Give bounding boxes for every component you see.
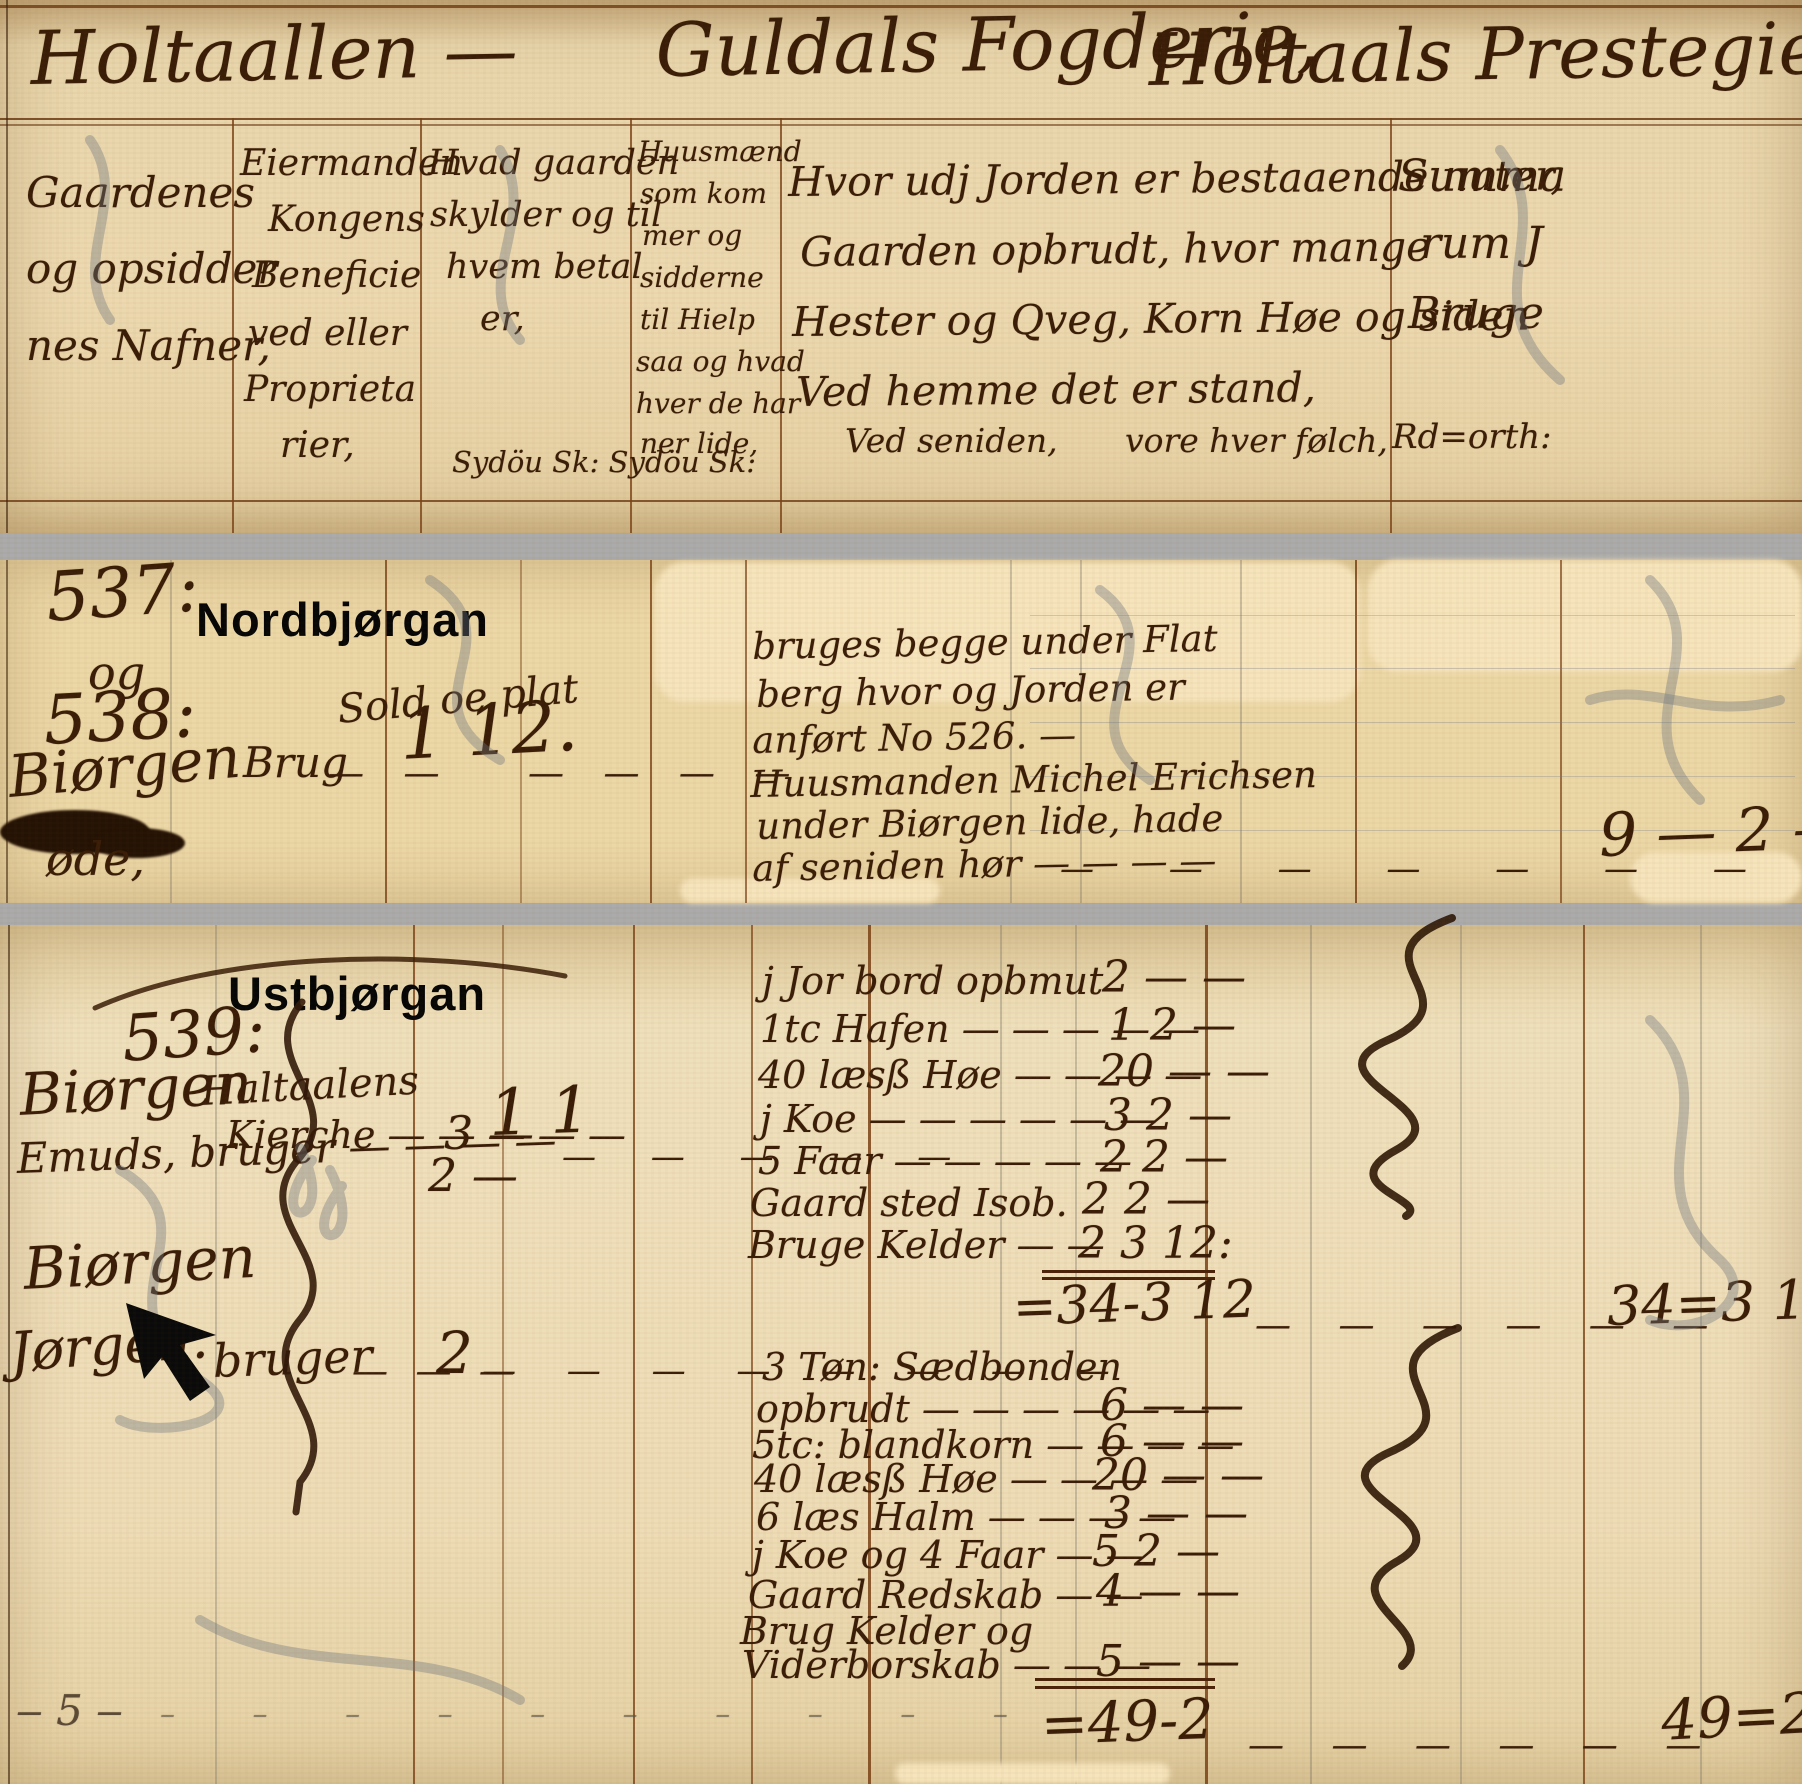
col-huusmaend-header-line: til Hielp — [640, 306, 755, 334]
col-farms-header-line: Gaardenes — [26, 172, 255, 214]
column-rule — [650, 560, 652, 903]
col-skyld-header-line: hvem betal — [446, 250, 643, 285]
item-value: 2 2 — — [1082, 1178, 1210, 1222]
col-skyld-header-line: skylder og til — [430, 198, 662, 233]
page-left-edge — [6, 560, 8, 903]
col-owner-header-line: rier, — [280, 428, 355, 464]
page-left-edge — [6, 0, 8, 533]
column-rule — [780, 118, 782, 533]
owner-name-line: Haltaalens — [200, 1061, 420, 1112]
col-huusmaend-header-line: mer og — [642, 222, 742, 250]
col-farms-header-line: og opsidder — [26, 248, 277, 290]
column-rule — [1583, 925, 1585, 1784]
item-label: j Koe og 4 Faar — — — [752, 1536, 1144, 1574]
annotation-label-nordbjorgan: Nordbjørgan — [196, 592, 489, 647]
item-value: 5 — — — [1096, 1640, 1240, 1684]
col-description-header-line: Ved hemme det er stand, — [796, 367, 1316, 413]
dash-run: — — — — — — — [1248, 1728, 1719, 1764]
item-label: Bruge Kelder — — — [748, 1226, 1105, 1264]
col-skyld-header-line: er, — [480, 302, 525, 337]
column-rule — [745, 560, 747, 903]
col-owner-header-line: ved eller — [248, 316, 407, 352]
col-huusmaend-header-line: sidderne — [640, 264, 764, 292]
item-value: 1 2 — — [1108, 1004, 1236, 1048]
col-summa-units: Rd=orth: — [1392, 420, 1552, 454]
item-label: j Koe — — — — — — — [760, 1100, 1157, 1138]
item-label: 3 Tøn: Sædbonden — [762, 1348, 1122, 1386]
user-name: Jørgen. — [8, 1312, 210, 1380]
scan-divider-bar — [0, 533, 1802, 560]
col-summa-header-line: Summa — [1398, 155, 1566, 199]
item-value: 2 — — — [1102, 956, 1246, 1000]
block-total: =49-2 — [1040, 1692, 1215, 1754]
item-label: Viderborskab — — — — [742, 1646, 1151, 1684]
summa-value: 49=2 — — [1660, 1682, 1802, 1750]
farm-status: øde, — [46, 836, 145, 882]
col-owner-header-line: Kongens — [268, 202, 425, 238]
pencil-guide-line — [1460, 925, 1462, 1784]
col-owner-header-line: Proprieta — [244, 372, 416, 408]
item-value: 20 — — — [1098, 1050, 1270, 1094]
skyld-value: 1 1 — [488, 1078, 592, 1146]
summa-value: 9 — 2 — — [1598, 797, 1802, 866]
item-value: 2 3 12: — [1078, 1222, 1233, 1266]
col-huusmaend-header-line: Huusmænd — [638, 138, 802, 166]
item-label: j Jor bord opbmut — [762, 962, 1103, 1000]
col-description-header-line: Gaarden opbrudt, hvor mange — [800, 226, 1431, 272]
title-underline-1 — [0, 118, 1802, 120]
note-line: Huusmanden Michel Erichsen — [750, 756, 1317, 803]
farm-number: 537: — [44, 554, 201, 632]
col-description-subnote-left: Ved seniden, — [845, 424, 1058, 457]
user-value: 2 — — [428, 1152, 518, 1198]
col-huusmaend-header-line: ner lide, — [640, 430, 758, 458]
scan-divider-bar — [0, 903, 1802, 925]
note-line: under Biørgen lide, hade — [756, 800, 1224, 845]
use-word: bruger — [212, 1332, 373, 1384]
retouch-patch — [1368, 560, 1802, 672]
col-owner-header-line: Beneficie — [252, 258, 421, 294]
item-label: Gaard sted Isob. — [750, 1184, 1068, 1222]
col-huusmaend-header-line: hver de har — [636, 390, 800, 418]
user-value: 2 — [436, 1324, 473, 1382]
pencil-guide-line — [1030, 722, 1795, 723]
col-summa-header-line: rum J — [1420, 222, 1543, 266]
ghost-mark: ‒ 5 ‒ — [16, 1690, 123, 1732]
col-description-subnote-right: vore hver følch, — [1125, 424, 1388, 457]
note-line: bruges begge under Flat — [752, 620, 1218, 665]
col-farms-header-line: nes Nafner, — [26, 325, 271, 367]
note-line: berg hvor og Jorden er — [756, 669, 1185, 713]
manuscript-page: Holtaallen — Guldals Fogderie, Holtaals … — [0, 0, 1802, 1784]
summa-value: 34=3 12 — — [1606, 1269, 1802, 1334]
page-title-part1: Holtaallen — — [30, 13, 518, 95]
item-label: 5 Faar — — — — — — [758, 1142, 1132, 1180]
retouch-patch — [895, 1763, 1170, 1784]
block-total: =34-3 12 — [1012, 1274, 1257, 1334]
item-value: 4 — — — [1096, 1570, 1240, 1614]
note-line: anført No 526. — — [752, 716, 1076, 759]
title-underline-2 — [0, 124, 1802, 126]
page-title-part3: Holtaals Prestegield, — [1148, 11, 1802, 96]
col-huusmaend-header-line: saa og hvad — [636, 348, 805, 376]
pencil-guide-line — [1310, 925, 1312, 1784]
header-bottom-rule — [0, 500, 1802, 502]
pencil-guide-line — [1030, 615, 1795, 616]
annotation-label-ustbjorgan: Ustbjørgan — [228, 966, 486, 1021]
farm-name: Biørgen — [22, 1228, 257, 1298]
pencil-guide-line — [1700, 925, 1702, 1784]
col-huusmaend-header-line: som kom — [640, 180, 767, 208]
col-summa-header-line: Bruge — [1408, 292, 1544, 336]
pencil-dash-run: – – – – – – – – – – — [160, 1700, 1042, 1730]
